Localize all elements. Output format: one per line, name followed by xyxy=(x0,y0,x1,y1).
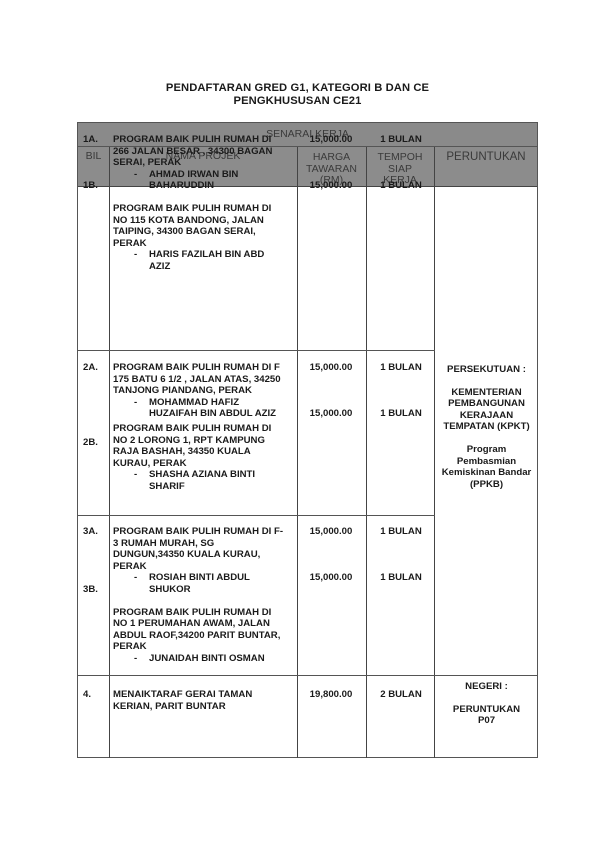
item-number: 3A. xyxy=(83,526,109,538)
recipient-name: -HARIS FAZILAH BIN ABD xyxy=(113,249,298,261)
offer-price: 15,000.00 xyxy=(300,362,362,374)
project-description: PROGRAM BAIK PULIH RUMAH DI266 JALAN BES… xyxy=(113,134,298,169)
bullet-dash: - xyxy=(134,469,137,481)
recipient-name: SHUKOR xyxy=(113,584,298,596)
bullet-dash: - xyxy=(134,249,137,261)
completion-duration: 1 BULAN xyxy=(368,408,434,420)
project-description: MENAIKTARAF GERAI TAMANKERIAN, PARIT BUN… xyxy=(113,689,298,712)
row-divider xyxy=(78,350,435,351)
completion-duration: 1 BULAN xyxy=(368,572,434,584)
recipient-name: SHARIF xyxy=(113,481,298,493)
allocation-federal: PERSEKUTUAN : KEMENTERIAN PEMBANGUNAN KE… xyxy=(435,364,538,490)
offer-price: 15,000.00 xyxy=(300,180,362,192)
project-description: PROGRAM BAIK PULIH RUMAH DINO 1 PERUMAHA… xyxy=(113,607,298,653)
item-number: 3B. xyxy=(83,584,109,596)
recipient-name: HUZAIFAH BIN ABDUL AZIZ xyxy=(113,408,298,420)
offer-price: 19,800.00 xyxy=(300,689,362,701)
column-divider xyxy=(109,147,110,758)
col-header-bil: BIL xyxy=(78,151,109,163)
project-group: PROGRAM BAIK PULIH RUMAH DI F175 BATU 6 … xyxy=(113,362,298,493)
offer-price: 15,000.00 xyxy=(300,408,362,420)
item-number: 1B. xyxy=(83,180,109,192)
recipient-name: -MOHAMMAD HAFIZ xyxy=(113,397,298,409)
recipient-name: -SHASHA AZIANA BINTI xyxy=(113,469,298,481)
bullet-dash: - xyxy=(134,653,137,665)
completion-duration: 1 BULAN xyxy=(368,180,434,192)
recipient-name: -ROSIAH BINTI ABDUL xyxy=(113,572,298,584)
bullet-dash: - xyxy=(134,572,137,584)
project-group: MENAIKTARAF GERAI TAMANKERIAN, PARIT BUN… xyxy=(113,689,298,712)
item-number: 1A. xyxy=(83,134,109,146)
item-number: 2A. xyxy=(83,362,109,374)
project-group: PROGRAM BAIK PULIH RUMAH DI F-3 RUMAH MU… xyxy=(113,526,298,665)
offer-price: 15,000.00 xyxy=(300,572,362,584)
row-divider xyxy=(78,515,435,516)
allocation-state-label: NEGERI : xyxy=(435,681,538,693)
bullet-dash: - xyxy=(134,169,137,181)
recipient-name: BAHARUDDIN xyxy=(113,180,298,192)
recipient-name: -JUNAIDAH BINTI OSMAN xyxy=(113,653,298,665)
item-number: 2B. xyxy=(83,437,109,449)
project-description: PROGRAM BAIK PULIH RUMAH DINO 115 KOTA B… xyxy=(113,203,298,249)
project-description: PROGRAM BAIK PULIH RUMAH DINO 2 LORONG 1… xyxy=(113,423,298,469)
recipient-name: AZIZ xyxy=(113,261,298,273)
item-number: 4. xyxy=(83,689,109,701)
bullet-dash: - xyxy=(134,397,137,409)
work-list-table: SENARAI KERJA BIL NAMA PROJEK HARGA TAWA… xyxy=(77,122,538,758)
row-divider xyxy=(78,675,537,676)
column-divider xyxy=(366,147,367,758)
offer-price: 15,000.00 xyxy=(300,134,362,146)
offer-price: 15,000.00 xyxy=(300,526,362,538)
project-group: PROGRAM BAIK PULIH RUMAH DI266 JALAN BES… xyxy=(113,134,298,273)
document-title-line-2: PENGKHUSUSAN CE21 xyxy=(0,95,595,107)
col-header-peruntukan: PERUNTUKAN xyxy=(434,152,538,164)
recipient-name: -AHMAD IRWAN BIN xyxy=(113,169,298,181)
completion-duration: 1 BULAN xyxy=(368,526,434,538)
allocation-state: NEGERI : PERUNTUKAN P07 xyxy=(435,681,538,727)
completion-duration: 1 BULAN xyxy=(368,362,434,374)
completion-duration: 1 BULAN xyxy=(368,134,434,146)
completion-duration: 2 BULAN xyxy=(368,689,434,701)
document-title-line-1: PENDAFTARAN GRED G1, KATEGORI B DAN CE xyxy=(0,82,595,94)
project-description: PROGRAM BAIK PULIH RUMAH DI F-3 RUMAH MU… xyxy=(113,526,298,572)
project-description: PROGRAM BAIK PULIH RUMAH DI F175 BATU 6 … xyxy=(113,362,298,397)
allocation-federal-label: PERSEKUTUAN : xyxy=(435,364,538,376)
